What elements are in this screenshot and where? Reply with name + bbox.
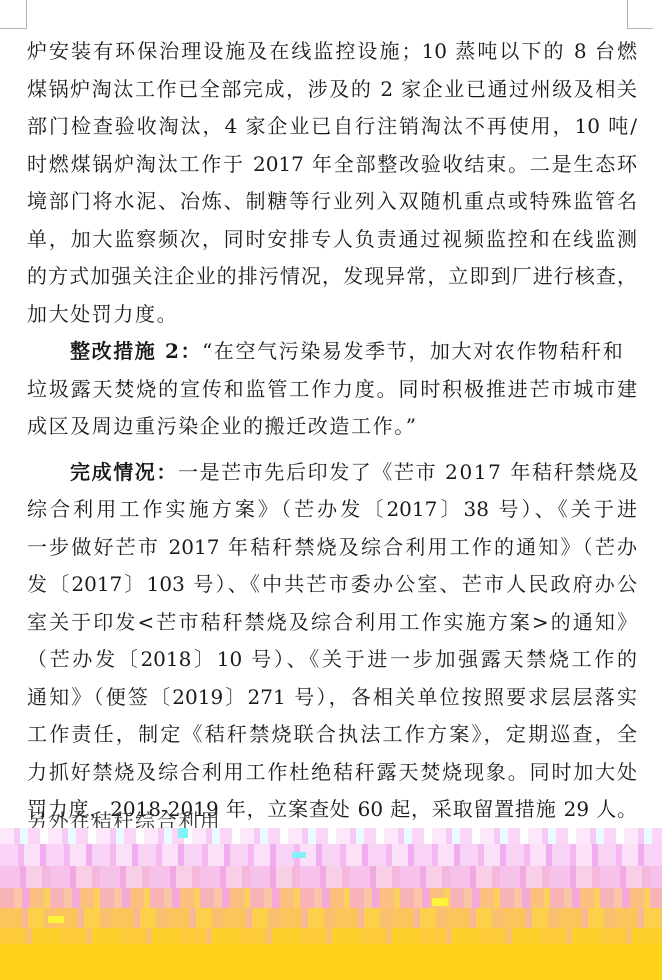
paragraph-spacing (27, 446, 637, 454)
text-line: 室关于印发<芒市秸秆禁烧及综合利用工作实施方案>的通知》 (27, 604, 637, 642)
glitch-band (0, 866, 662, 888)
glitch-band (0, 888, 662, 908)
completion-label: 完成情况： (70, 460, 178, 484)
text-line: 部门检查验收淘汰，4 家企业已自行注销淘汰不再使用，10 吨/ (27, 108, 637, 146)
completion-text: 一是芒市先后印发了《芒市 2017 年秸秆禁烧及 (178, 460, 640, 484)
glitch-band (0, 828, 662, 844)
measure-2-label: 整改措施 2： (70, 339, 202, 363)
paragraph-boiler-rectification: 炉安装有环保治理设施及在线监控设施；10 蒸吨以下的 8 台燃 煤锅炉淘汰工作已… (27, 33, 637, 333)
corrupted-image-region (0, 828, 662, 980)
glitch-band (0, 928, 662, 944)
text-line: 煤锅炉淘汰工作已全部完成，涉及的 2 家企业已通过州级及相关 (27, 71, 637, 109)
glitch-artifact (48, 916, 64, 923)
glitch-artifact (432, 898, 448, 906)
text-line: 炉安装有环保治理设施及在线监控设施；10 蒸吨以下的 8 台燃 (27, 33, 637, 71)
text-line: 一步做好芒市 2017 年秸秆禁烧及综合利用工作的通知》（芒办 (27, 529, 637, 567)
paragraph-measure-2: 整改措施 2：“在空气污染易发季节，加大对农作物秸秆和 垃圾露天焚烧的宣传和监管… (27, 333, 637, 446)
glitch-band (0, 908, 662, 928)
page-corner-mark-top-left (0, 0, 27, 29)
document-page: 炉安装有环保治理设施及在线监控设施；10 蒸吨以下的 8 台燃 煤锅炉淘汰工作已… (27, 33, 637, 829)
glitch-artifact (292, 852, 306, 858)
truncated-text-line: 另外在秸秆综合利用 (27, 806, 221, 828)
text-line: 完成情况：一是芒市先后印发了《芒市 2017 年秸秆禁烧及 (27, 454, 637, 492)
glitch-artifact (178, 828, 188, 838)
text-line: （芒办发〔2018〕10 号）、《关于进一步加强露天禁烧工作的 (27, 641, 637, 679)
measure-2-text: “在空气污染易发季节，加大对农作物秸秆和 (202, 339, 624, 363)
text-line: 整改措施 2：“在空气污染易发季节，加大对农作物秸秆和 (27, 333, 637, 371)
text-line: 通知》（便签〔2019〕271 号），各相关单位按照要求层层落实 (27, 679, 637, 717)
paragraph-completion-status: 完成情况：一是芒市先后印发了《芒市 2017 年秸秆禁烧及 综合利用工作实施方案… (27, 454, 637, 829)
text-line: 工作责任，制定《秸秆禁烧联合执法工作方案》，定期巡查，全 (27, 716, 637, 754)
glitch-band (0, 844, 662, 866)
text-line: 成区及周边重污染企业的搬迁改造工作。” (27, 408, 637, 446)
text-line: 加大处罚力度。 (27, 296, 637, 334)
text-line: 垃圾露天焚烧的宣传和监管工作力度。同时积极推进芒市城市建 (27, 371, 637, 409)
page-corner-mark-top-right (627, 0, 653, 29)
glitch-band (0, 944, 662, 980)
text-line: 综合利用工作实施方案》（芒办发〔2017〕38 号）、《关于进 (27, 491, 637, 529)
text-line: 时燃煤锅炉淘汰工作于 2017 年全部整改验收结束。二是生态环 (27, 146, 637, 184)
text-line: 境部门将水泥、冶炼、制糖等行业列入双随机重点或特殊监管名 (27, 183, 637, 221)
text-line: 力抓好禁烧及综合利用工作杜绝秸秆露天焚烧现象。同时加大处 (27, 754, 637, 792)
text-line: 的方式加强关注企业的排污情况，发现异常，立即到厂进行核查， (27, 258, 637, 296)
text-line: 单，加大监察频次，同时安排专人负责通过视频监控和在线监测 (27, 221, 637, 259)
text-line: 发〔2017〕103 号）、《中共芒市委办公室、芒市人民政府办公 (27, 566, 637, 604)
